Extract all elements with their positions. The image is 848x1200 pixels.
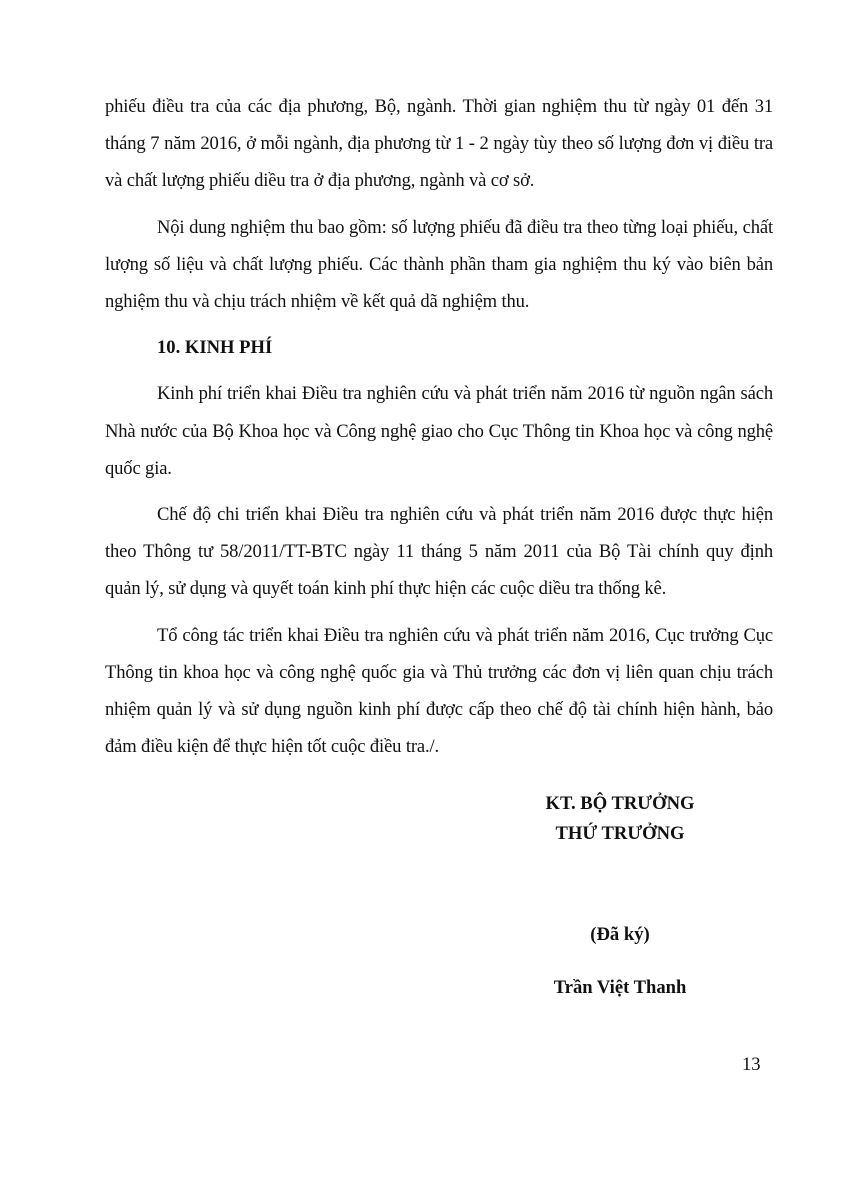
paragraph-funding-regime: Chế độ chi triển khai Điều tra nghiên cứ… (105, 496, 773, 608)
signature-signed-note: (Đã ký) (505, 920, 735, 950)
paragraph-funding-responsibility: Tổ công tác triển khai Điều tra nghiên c… (105, 617, 773, 766)
paragraph-acceptance-schedule: phiếu điều tra của các địa phương, Bộ, n… (105, 88, 773, 200)
page-number: 13 (742, 1050, 761, 1080)
signature-subtitle: THỨ TRƯỞNG (505, 819, 735, 849)
section-heading-funding: 10. KINH PHÍ (105, 329, 773, 366)
signature-title: KT. BỘ TRƯỞNG (505, 789, 735, 819)
paragraph-funding-source: Kinh phí triển khai Điều tra nghiên cứu … (105, 375, 773, 487)
signatory-name: Trần Việt Thanh (505, 973, 735, 1003)
document-body: phiếu điều tra của các địa phương, Bộ, n… (105, 88, 773, 774)
paragraph-acceptance-content: Nội dung nghiệm thu bao gồm: số lượng ph… (105, 209, 773, 321)
